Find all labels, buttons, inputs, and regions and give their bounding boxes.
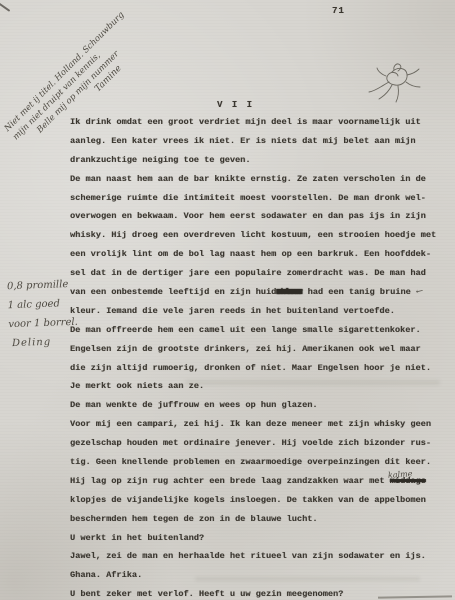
typed-line: Hij lag op zijn rug achter een brede laa… bbox=[70, 472, 450, 491]
typed-line: Ik drink omdat een groot verdriet mijn d… bbox=[70, 113, 450, 132]
typed-line: De man wenkte de juffrouw en wees op hun… bbox=[70, 396, 450, 415]
typed-line: beschermden hem tegen de zon in de blauw… bbox=[70, 510, 450, 529]
struck-word: skleur bbox=[276, 287, 302, 297]
typed-line: Jawel, zei de man en herhaalde het ritue… bbox=[70, 547, 450, 566]
typed-line: drankzuchtige neiging toe te geven. bbox=[70, 151, 450, 170]
typed-line: klopjes de vijandelijke kogels insloegen… bbox=[70, 491, 450, 510]
typed-line: Ghana. Afrika. bbox=[70, 566, 450, 585]
struck-word: middagskalme bbox=[390, 476, 426, 486]
scan-smudge bbox=[195, 577, 420, 581]
typed-line: schemerige ruimte die intimiteit moest v… bbox=[70, 189, 450, 208]
typed-line: Voor mij een campari, zei hij. Ik kan de… bbox=[70, 415, 450, 434]
typed-line: die zijn altijd rumoerig, dronken of nie… bbox=[70, 359, 450, 378]
scan-smudge bbox=[185, 380, 440, 385]
handwritten-margin-note: 0,8 promille 1 alc goed voor 1 borrel. D… bbox=[7, 275, 79, 353]
insertion-mark: ← bbox=[414, 282, 425, 302]
sun-doodle-sketch bbox=[362, 58, 424, 114]
typed-line: kleur. Iemand die vele jaren reeds in he… bbox=[70, 302, 450, 321]
typed-line: overwogen en bekwaam. Voor hem eerst sod… bbox=[70, 207, 450, 226]
manuscript-page: 71 Niet met ij titel. Holland. Schouwbur… bbox=[0, 0, 455, 600]
typed-line: De man offreerde hem een camel uit een l… bbox=[70, 321, 450, 340]
typed-line: een vrolijk lint om de bol lag naast hem… bbox=[70, 245, 450, 264]
chapter-heading: V I I bbox=[217, 100, 254, 110]
corner-smudge-mark bbox=[0, 2, 10, 12]
handwritten-correction: kalme bbox=[387, 465, 413, 486]
margin-note-line: Deling bbox=[9, 332, 79, 353]
margin-note-line: voor 1 borrel. bbox=[8, 313, 78, 334]
typed-line: sel dat in de dertiger jare een populair… bbox=[70, 264, 450, 283]
typed-line: Engelsen zijn de grootste drinkers, zei … bbox=[70, 340, 450, 359]
typed-line: De man naast hem aan de bar knikte ernst… bbox=[70, 170, 450, 189]
typed-line: van een onbestemde leeftijd en zijn huid… bbox=[70, 283, 450, 302]
typed-line: gezelschap houden met ordinaire jenever.… bbox=[70, 434, 450, 453]
typed-line: aanleg. Een kater vrees ik niet. Er is n… bbox=[70, 132, 450, 151]
margin-note-line: 0,8 promille bbox=[7, 275, 77, 296]
typed-body: Ik drink omdat een groot verdriet mijn d… bbox=[70, 113, 450, 600]
typed-line: whisky. Hij droeg een overdreven licht k… bbox=[70, 226, 450, 245]
page-number: 71 bbox=[332, 6, 345, 16]
margin-note-line: 1 alc goed bbox=[7, 294, 77, 315]
typed-line: U werkt in het buitenland? bbox=[70, 529, 450, 548]
